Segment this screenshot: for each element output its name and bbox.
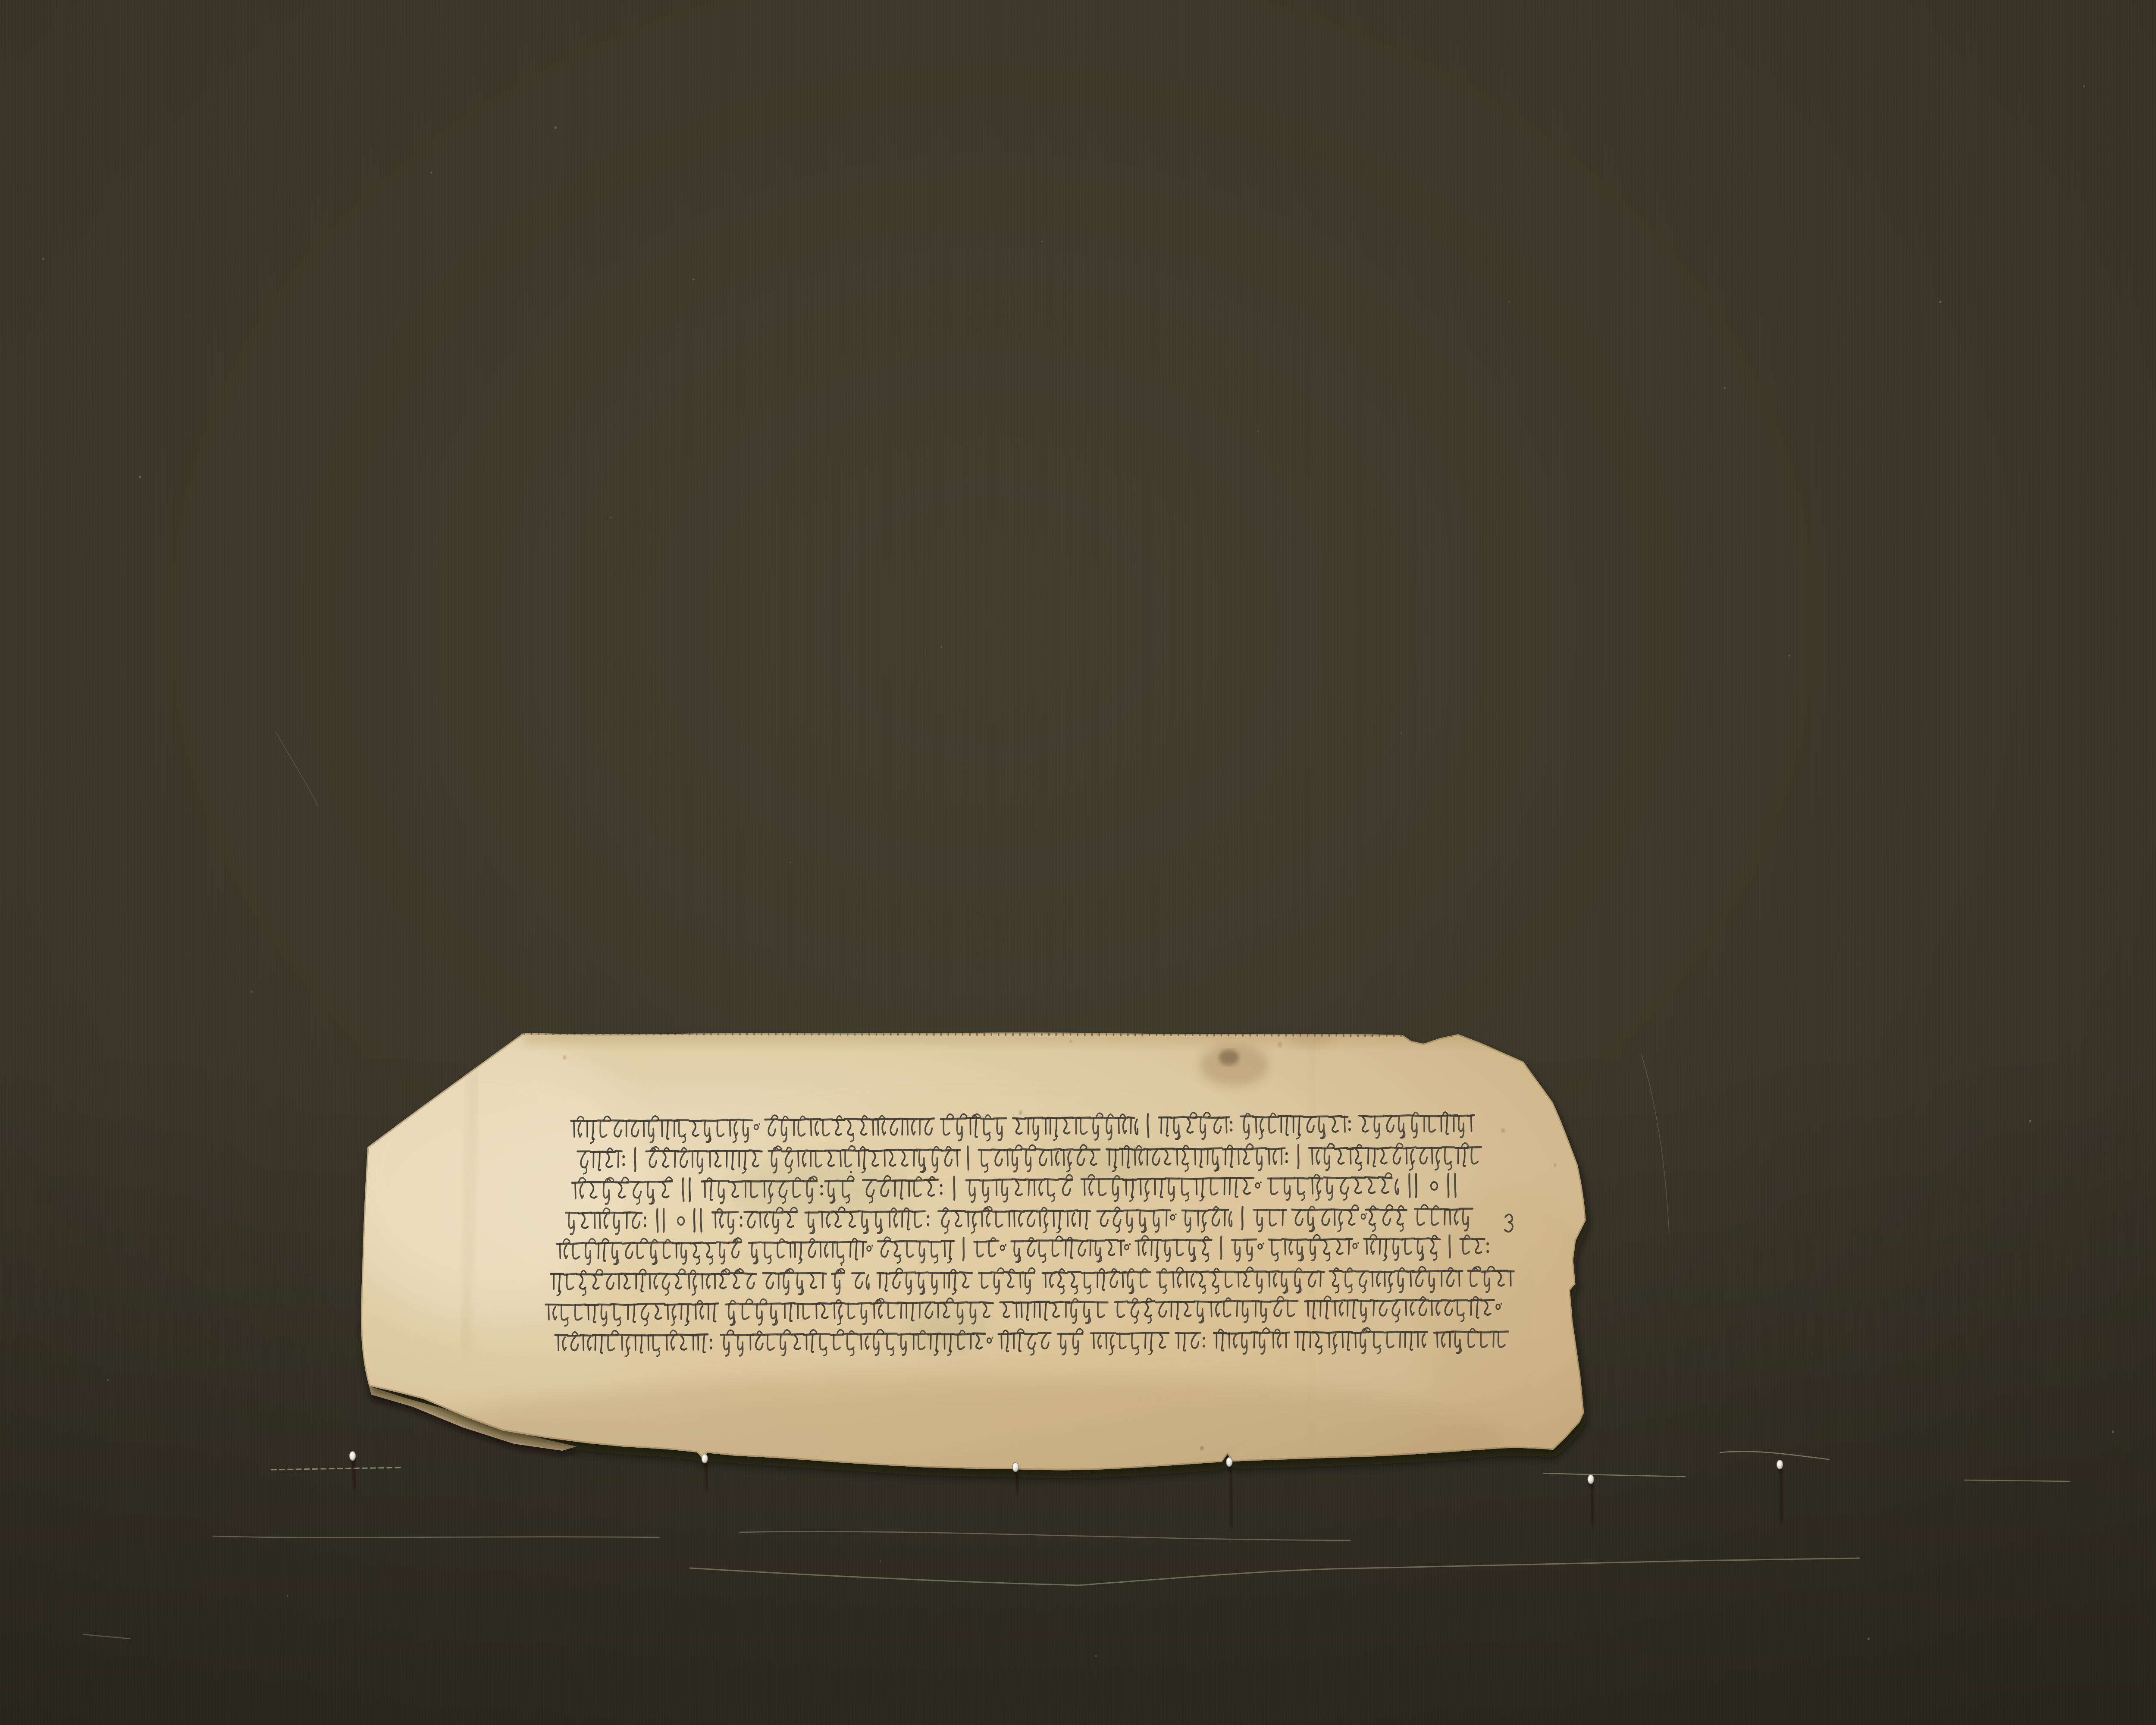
manuscript-photo <box>0 0 2156 1725</box>
photo-stage <box>0 0 2156 1725</box>
